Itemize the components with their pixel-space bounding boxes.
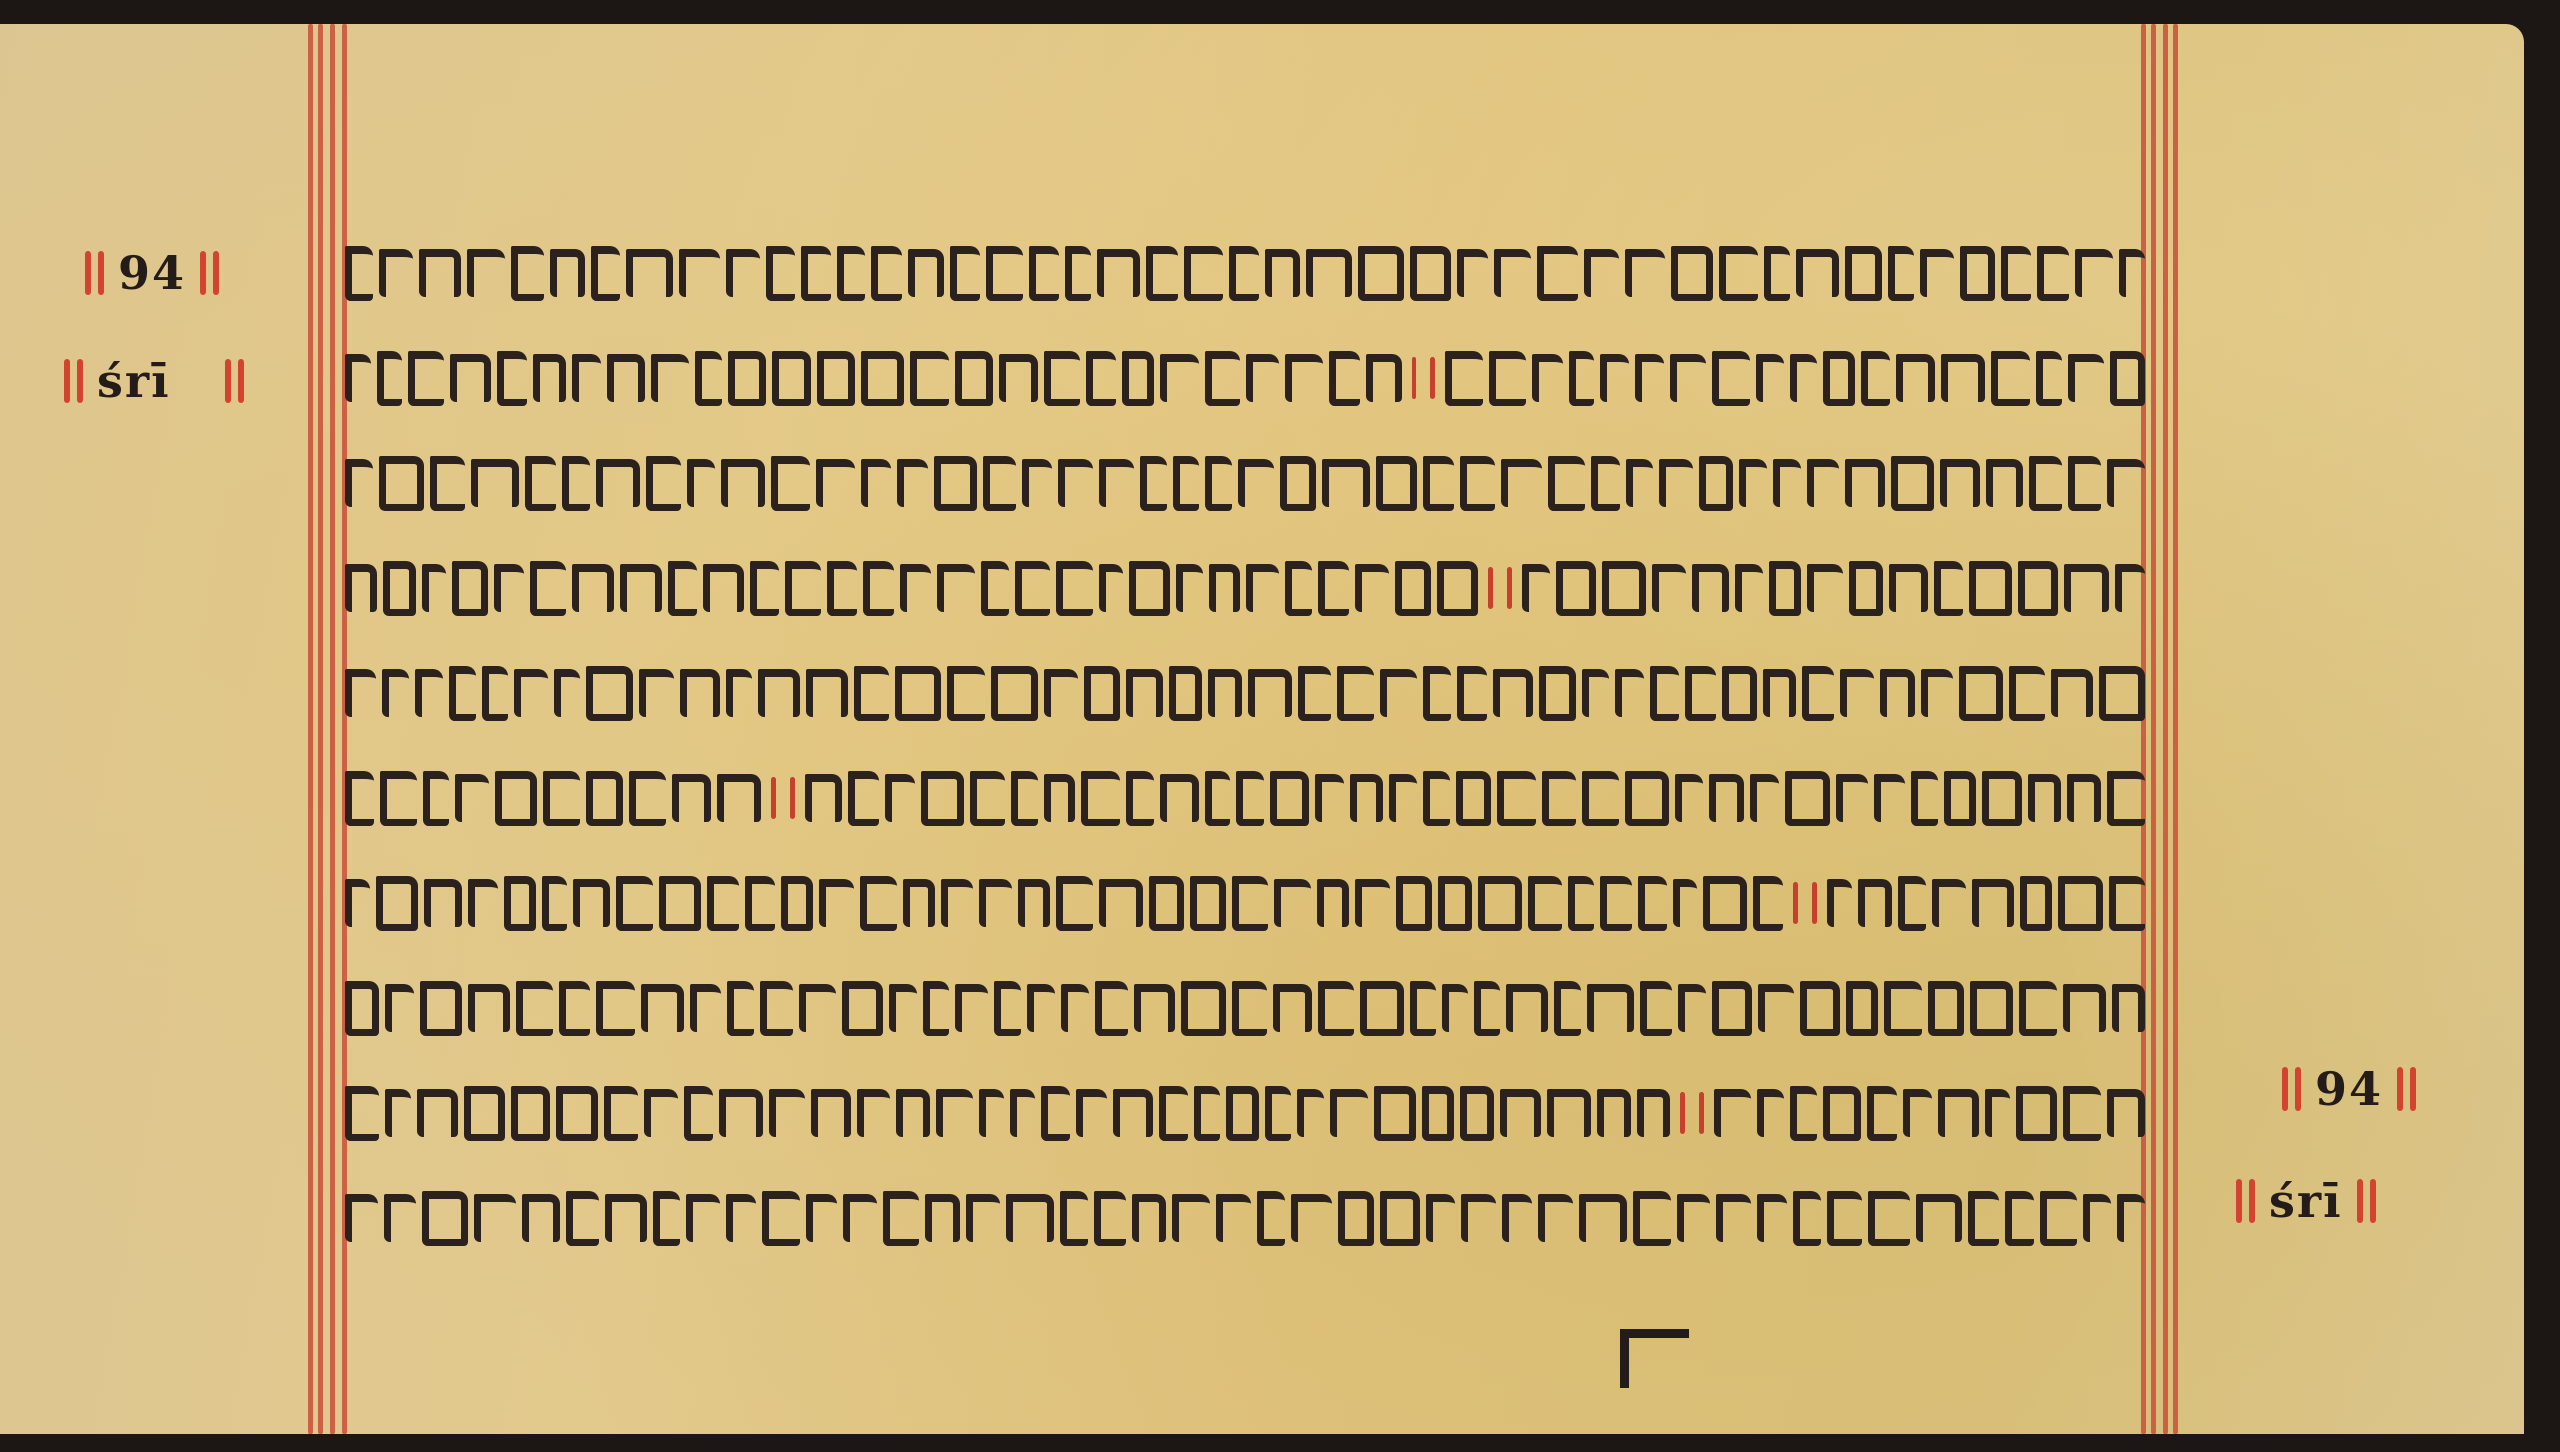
danda-mark [1680,1092,1685,1134]
text-line [345,1082,2145,1144]
script-glyph [559,981,590,1036]
left-margin-rule [330,24,335,1434]
script-glyph [543,771,580,826]
script-glyph [1460,456,1496,511]
script-glyph [1094,1191,1126,1246]
script-glyph [639,669,674,717]
script-glyph [383,561,415,616]
script-glyph [721,459,765,507]
script-glyph [684,1086,713,1141]
script-glyph [861,351,904,406]
script-glyph [947,666,985,721]
script-glyph [1099,564,1124,612]
script-glyph [762,1191,800,1246]
script-glyph [420,981,462,1036]
script-glyph [1537,246,1578,301]
script-glyph [1548,456,1584,511]
script-glyph [805,774,842,822]
script-glyph [1022,459,1052,507]
script-glyph [2068,456,2101,511]
script-glyph [1232,981,1267,1036]
script-glyph [1858,879,1892,927]
script-glyph [1265,1086,1291,1141]
script-glyph [2064,564,2109,612]
text-block [345,242,2145,1292]
script-glyph [514,669,548,717]
script-glyph [1061,984,1089,1032]
script-glyph [1868,1191,1910,1246]
script-glyph [981,561,1009,616]
text-line [345,452,2145,514]
script-glyph [719,1089,763,1137]
script-glyph [345,879,370,927]
script-glyph [494,564,524,612]
script-glyph [596,459,640,507]
script-glyph [923,981,949,1036]
script-glyph [1637,1089,1670,1137]
script-glyph [1785,771,1830,826]
script-glyph [1790,1086,1817,1141]
danda-mark [1507,567,1512,609]
script-glyph [1205,351,1240,406]
script-glyph [497,351,527,406]
script-glyph [1538,1194,1573,1242]
script-glyph [726,669,752,717]
script-glyph [1934,561,1963,616]
script-glyph [1146,246,1178,301]
script-glyph [769,1089,805,1137]
folio-number-text: 94 [118,246,186,300]
script-glyph [1891,456,1934,511]
left-margin-rule [308,24,313,1434]
double-danda [85,251,104,295]
script-glyph [1329,351,1360,406]
right-margin-label: śrī [2236,1174,2376,1228]
script-glyph [1297,1089,1324,1137]
script-glyph [345,669,376,717]
script-glyph [573,879,611,927]
script-glyph [1921,669,1952,717]
script-glyph [533,354,566,402]
script-glyph [1884,981,1921,1036]
script-glyph [1493,669,1533,717]
script-glyph [2028,774,2061,822]
script-glyph [1528,876,1562,931]
script-glyph [659,876,701,931]
script-glyph [1764,246,1790,301]
left-margin-rule [318,24,323,1434]
script-glyph [651,354,689,402]
script-glyph [1265,249,1300,297]
script-glyph [474,1194,516,1242]
script-glyph [345,1194,378,1242]
script-glyph [2009,666,2045,721]
script-glyph [760,981,792,1036]
script-glyph [385,984,414,1032]
script-glyph [1273,984,1312,1032]
script-glyph [1029,246,1059,301]
script-glyph [848,771,879,826]
script-glyph [385,1089,411,1137]
script-glyph [842,981,883,1036]
script-glyph [1685,666,1716,721]
script-glyph [1044,351,1080,406]
script-glyph [1126,669,1163,717]
script-glyph [903,879,935,927]
script-glyph [1600,354,1628,402]
script-glyph [1216,1194,1251,1242]
script-glyph [883,1191,919,1246]
script-glyph [345,246,373,301]
script-glyph [686,1194,720,1242]
script-glyph [1374,1086,1416,1141]
script-glyph [525,456,556,511]
footer-sign-mark [1620,1329,1689,1388]
script-glyph [1442,984,1468,1032]
script-glyph [1758,984,1795,1032]
script-glyph [511,1086,550,1141]
script-glyph [750,561,779,616]
script-glyph [1461,1194,1496,1242]
script-glyph [422,1191,468,1246]
script-glyph [1338,1191,1374,1246]
script-glyph [345,981,379,1036]
script-glyph [1635,354,1664,402]
script-glyph [644,1089,679,1137]
script-glyph [1194,1086,1220,1141]
script-glyph [1065,246,1091,301]
script-glyph [1190,876,1227,931]
script-glyph [1176,564,1203,612]
script-glyph [1840,669,1875,717]
script-glyph [1494,249,1531,297]
script-glyph [1796,249,1840,297]
script-glyph [1011,771,1037,826]
script-glyph [2083,1194,2111,1242]
script-glyph [1318,981,1354,1036]
script-glyph [1940,459,1980,507]
script-glyph [522,1194,561,1242]
script-glyph [377,351,402,406]
text-line [345,347,2145,409]
script-glyph [900,564,932,612]
script-glyph [1184,246,1223,301]
script-glyph [1315,774,1344,822]
script-glyph [345,459,373,507]
script-glyph [937,564,975,612]
script-glyph [468,879,498,927]
script-glyph [1597,1089,1631,1137]
script-glyph [1285,354,1324,402]
script-glyph [889,984,917,1032]
script-glyph [921,771,963,826]
script-glyph [950,246,980,301]
text-line [345,662,2145,724]
script-glyph [1591,456,1621,511]
script-glyph [1122,351,1154,406]
script-glyph [1291,1194,1332,1242]
script-glyph [717,774,762,822]
danda-mark [771,777,776,819]
script-glyph [1756,354,1784,402]
script-glyph [766,246,795,301]
script-glyph [2117,1194,2145,1242]
script-glyph [1350,774,1383,822]
script-glyph [1714,1089,1752,1137]
script-glyph [857,1089,890,1137]
script-glyph [1084,666,1120,721]
margin-label-text: śrī [2269,1174,2343,1228]
script-glyph [1058,459,1093,507]
script-glyph [1845,459,1885,507]
script-glyph [2107,459,2145,507]
script-glyph [1903,1089,1932,1137]
script-glyph [1827,879,1852,927]
script-glyph [423,771,449,826]
script-glyph [1556,561,1596,616]
script-glyph [925,1194,960,1242]
script-glyph [1460,1086,1494,1141]
script-glyph [1836,774,1868,822]
script-glyph [1845,246,1882,301]
script-glyph [379,456,424,511]
script-glyph [1773,459,1801,507]
script-glyph [2005,1191,2034,1246]
script-glyph [1861,351,1891,406]
script-glyph [897,459,928,507]
right-margin-rule [2163,24,2168,1434]
danda-mark [1412,357,1417,399]
script-glyph [1257,1191,1285,1246]
script-glyph [1968,1191,2000,1246]
script-glyph [1502,1194,1532,1242]
margin-label-text: śrī [97,354,171,408]
script-glyph [1337,666,1373,721]
script-glyph [1867,1086,1897,1141]
script-glyph [1457,249,1488,297]
script-glyph [504,876,537,931]
script-glyph [1086,351,1117,406]
script-glyph [1874,774,1905,822]
script-glyph [727,981,754,1036]
script-glyph [1236,771,1264,826]
script-glyph [1274,879,1311,927]
script-glyph [1547,1089,1591,1137]
script-glyph [1888,246,1914,301]
script-glyph [690,984,721,1032]
script-glyph [629,771,666,826]
script-glyph [586,771,623,826]
script-glyph [970,771,1006,826]
script-glyph [1582,669,1609,717]
script-glyph [1355,564,1389,612]
script-glyph [1422,1086,1454,1141]
script-glyph [605,1194,646,1242]
script-glyph [1802,666,1833,721]
script-glyph [2020,876,2052,931]
script-glyph [384,1194,417,1242]
script-glyph [1625,249,1666,297]
script-glyph [1501,459,1542,507]
script-glyph [1097,249,1140,297]
script-glyph [1027,984,1055,1032]
text-line [345,1187,2145,1249]
script-glyph [1986,459,2023,507]
script-glyph [1380,1191,1421,1246]
script-glyph [1846,981,1879,1036]
script-glyph [1640,981,1672,1036]
script-glyph [979,1089,1004,1137]
script-glyph [1659,459,1693,507]
script-glyph [668,561,697,616]
script-glyph [1673,879,1697,927]
script-glyph [1478,876,1522,931]
script-glyph [1076,1089,1106,1137]
script-glyph [467,249,505,297]
script-glyph [482,666,508,721]
script-glyph [1140,456,1166,511]
double-danda [2282,1067,2301,1111]
script-glyph [1015,561,1050,616]
script-glyph [1539,666,1577,721]
script-glyph [1129,561,1169,616]
double-danda [225,359,244,403]
script-glyph [896,1089,930,1137]
script-glyph [1719,246,1757,301]
script-glyph [1060,1191,1088,1246]
script-glyph [1587,984,1633,1032]
script-glyph [1506,984,1548,1032]
script-glyph [986,246,1023,301]
script-glyph [1678,984,1706,1032]
script-glyph [1753,876,1784,931]
script-glyph [871,246,902,301]
script-glyph [620,564,663,612]
script-glyph [1500,1089,1541,1137]
script-glyph [1959,666,2003,721]
text-line [345,242,2145,304]
script-glyph [1355,879,1389,927]
script-glyph [1489,351,1525,406]
script-glyph [1497,771,1535,826]
script-glyph [382,669,409,717]
script-glyph [2018,561,2058,616]
script-glyph [1322,459,1370,507]
double-danda [200,251,219,295]
script-glyph [1226,1086,1259,1141]
script-glyph [843,1194,877,1242]
script-glyph [2107,1089,2144,1137]
script-glyph [1280,456,1316,511]
script-glyph [936,1089,973,1137]
danda-mark [1812,882,1817,924]
script-glyph [991,666,1038,721]
script-glyph [2051,669,2093,717]
script-glyph [616,876,653,931]
script-glyph [1044,774,1076,822]
script-glyph [827,561,856,616]
script-glyph [1423,771,1450,826]
script-glyph [1969,561,2013,616]
script-glyph [591,246,620,301]
script-glyph [728,351,767,406]
script-glyph [1750,774,1779,822]
script-glyph [1615,669,1644,717]
script-glyph [799,984,836,1032]
script-glyph [450,354,492,402]
script-glyph [1793,1191,1821,1246]
script-glyph [1938,1089,1980,1137]
script-glyph [379,249,413,297]
script-glyph [726,1194,756,1242]
script-glyph [604,1086,638,1141]
script-glyph [1445,351,1483,406]
script-glyph [934,456,977,511]
script-glyph [1671,246,1713,301]
script-glyph [1889,564,1929,612]
script-glyph [530,561,566,616]
script-glyph [1423,456,1453,511]
script-glyph [1991,351,2030,406]
script-glyph [1757,1194,1787,1242]
script-glyph [771,456,810,511]
script-glyph [979,879,1013,927]
script-glyph [566,1191,599,1246]
script-glyph [1807,564,1843,612]
script-glyph [2110,351,2145,406]
script-glyph [449,666,475,721]
script-glyph [626,249,674,297]
script-glyph [726,249,760,297]
script-glyph [1360,981,1404,1036]
script-glyph [1298,666,1331,721]
script-glyph [1099,879,1143,927]
script-glyph [345,1086,379,1141]
script-glyph [1169,666,1202,721]
script-glyph [1982,771,2022,826]
script-glyph [1928,981,1964,1036]
script-glyph [854,666,889,721]
script-glyph [653,1191,680,1246]
script-glyph [955,351,993,406]
script-glyph [1018,879,1049,927]
script-glyph [1134,984,1175,1032]
right-margin-rule [2173,24,2178,1434]
script-glyph [2067,774,2100,822]
script-glyph [1172,1194,1209,1242]
script-glyph [1757,1089,1783,1137]
script-glyph [1423,666,1451,721]
script-glyph [695,351,722,406]
script-glyph [2068,354,2104,402]
double-danda [2357,1179,2376,1223]
script-glyph [1960,246,1995,301]
script-glyph [572,354,601,402]
script-glyph [1376,456,1418,511]
script-glyph [424,879,462,927]
script-glyph [1456,771,1491,826]
script-glyph [1670,354,1706,402]
script-glyph [1920,249,1954,297]
script-glyph [785,561,821,616]
script-glyph [908,249,945,297]
script-glyph [983,456,1016,511]
script-glyph [1650,666,1679,721]
script-glyph [819,879,853,927]
script-glyph [430,456,465,511]
danda-mark [1699,1092,1704,1134]
script-glyph [1896,354,1935,402]
